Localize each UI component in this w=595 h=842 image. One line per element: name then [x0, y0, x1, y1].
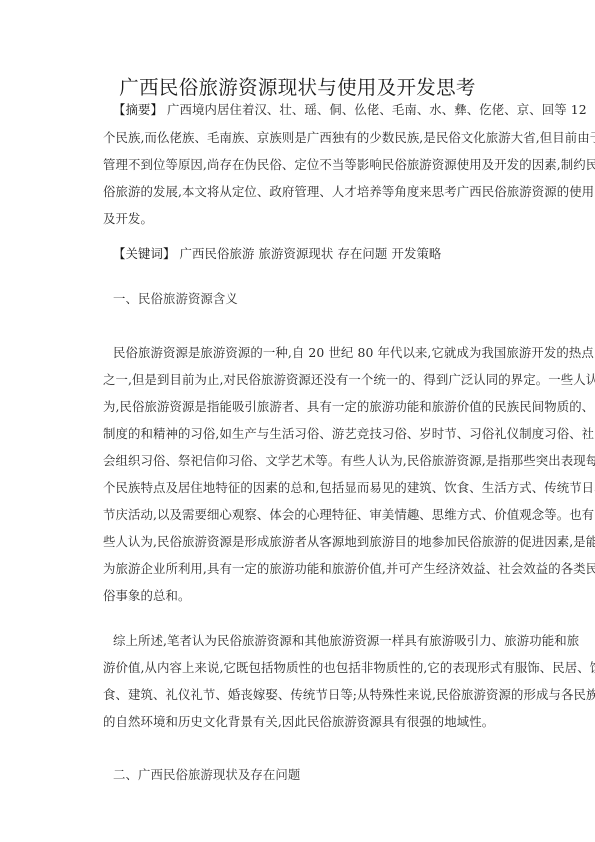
paragraph-line: 个民族特点及居住地特征的因素的总和,包括显而易见的建筑、饮食、生活方式、传统节日…: [103, 480, 595, 496]
paragraph-line: 为,民俗旅游资源是指能吸引旅游者、具有一定的旅游功能和旅游价值的民族民间物质的、: [103, 399, 594, 415]
document-title: 广西民俗旅游资源现状与使用及开发思考: [0, 72, 595, 100]
abstract-line: 【摘要】 广西境内居住着汉、壮、瑶、侗、仫佬、毛南、水、彝、仡佬、京、回等 12: [113, 102, 587, 118]
paragraph-line: 之一,但是到目前为止,对民俗旅游资源还没有一个统一的、得到广泛认同的界定。一些人…: [103, 372, 595, 388]
abstract-line: 管理不到位等原因,尚存在伪民俗、定位不当等影响民俗旅游资源使用及开发的因素,制约…: [103, 157, 595, 173]
abstract-text: 广西境内居住着汉、壮、瑶、侗、仫佬、毛南、水、彝、仡佬、京、回等 12: [163, 102, 587, 117]
keywords-line: 【关键词】 广西民俗旅游 旅游资源现状 存在问题 开发策略: [113, 246, 441, 262]
paragraph-line: 为旅游企业所利用,具有一定的旅游功能和旅游价值,并可产生经济效益、社会效益的各类…: [103, 561, 595, 577]
paragraph-line: 些人认为,民俗旅游资源是形成旅游者从客源地到旅游目的地参加民俗旅游的促进因素,是…: [103, 534, 595, 550]
section-heading: 二、广西民俗旅游现状及存在问题: [113, 767, 300, 783]
abstract-label: 【摘要】: [113, 102, 163, 117]
keywords-text: 广西民俗旅游 旅游资源现状 存在问题 开发策略: [175, 246, 441, 261]
keywords-label: 【关键词】: [113, 246, 175, 261]
abstract-line: 及开发。: [103, 211, 153, 227]
paragraph-line: 会组织习俗、祭祀信仰习俗、文学艺术等。有些人认为,民俗旅游资源,是指那些突出表现…: [103, 453, 595, 469]
abstract-line: 个民族,而仫佬族、毛南族、京族则是广西独有的少数民族,是民俗文化旅游大省,但目前…: [103, 130, 595, 146]
abstract-line: 俗旅游的发展,本文将从定位、政府管理、人才培养等角度来思考广西民俗旅游资源的使用: [103, 184, 594, 200]
paragraph-line: 综上所述,笔者认为民俗旅游资源和其他旅游资源一样具有旅游吸引力、旅游功能和旅: [113, 633, 579, 649]
paragraph-line: 俗事象的总和。: [103, 588, 190, 604]
section-heading: 一、民俗旅游资源含义: [113, 291, 238, 307]
paragraph-line: 食、建筑、礼仪礼节、婚丧嫁娶、传统节日等;从特殊性来说,民俗旅游资源的形成与各民…: [103, 687, 595, 703]
paragraph-line: 民俗旅游资源是旅游资源的一种,自 20 世纪 80 年代以来,它就成为我国旅游开…: [113, 345, 594, 361]
paragraph-line: 游价值,从内容上来说,它既包括物质性的也包括非物质性的,它的表现形式有服饰、民居…: [103, 660, 595, 676]
paragraph-line: 的自然环境和历史文化背景有关,因此民俗旅游资源具有很强的地域性。: [103, 714, 494, 730]
paragraph-line: 节庆活动,以及需要细心观察、体会的心理特征、审美情趣、思维方式、价值观念等。也有: [103, 507, 594, 523]
paragraph-line: 制度的和精神的习俗,如生产与生活习俗、游艺竞技习俗、岁时节、习俗礼仪制度习俗、社: [103, 426, 594, 442]
